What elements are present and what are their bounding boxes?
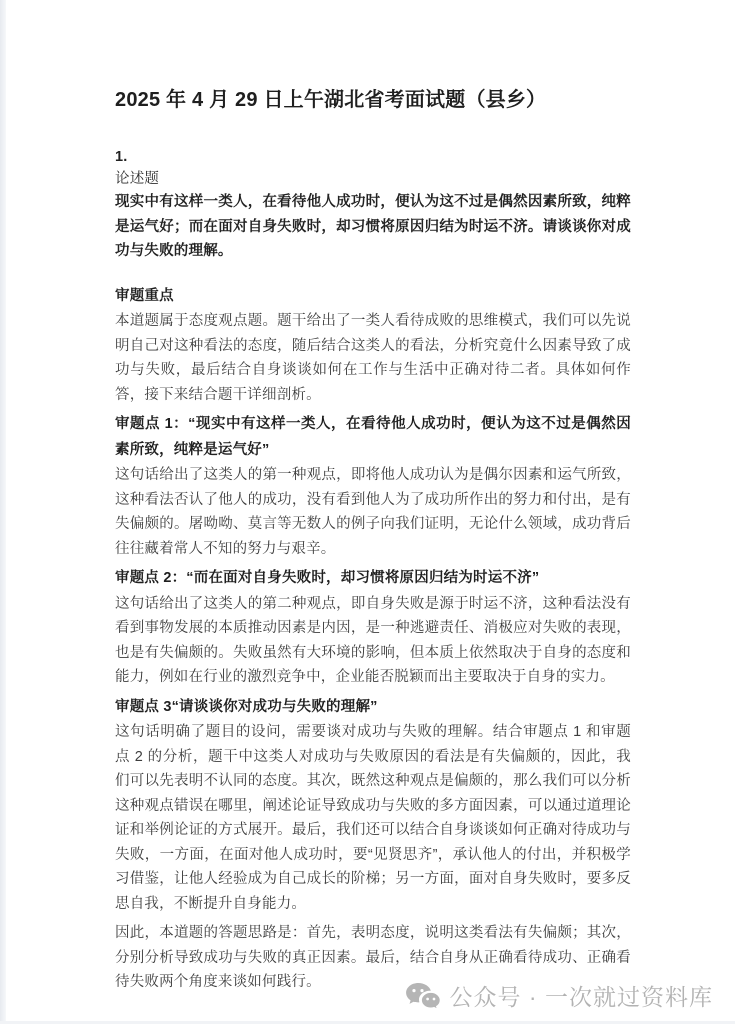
question-text: 现实中有这样一类人，在看待他人成功时，便认为这不过是偶然因素所致，纯粹是运气好；…	[115, 190, 631, 264]
section-body-point-2: 这句话给出了这类人的第二种观点，即自身失败是源于时运不济，这种看法没有看到事物发…	[115, 592, 631, 690]
wechat-icon	[405, 982, 441, 1012]
watermark-label: 公众号 · 一次就过资料库	[450, 983, 713, 1011]
section-body-review-focus: 本道题属于态度观点题。题干给出了一类人看待成败的思维模式，我们可以先说明自己对这…	[115, 309, 631, 407]
question-number: 1.	[115, 146, 631, 168]
section-heading-point-3: 审题点 3“请谈谈你对成功与失败的理解”	[115, 695, 631, 721]
watermark-footer: 公众号 · 一次就过资料库	[405, 982, 713, 1012]
document-page: 2025 年 4 月 29 日上午湖北省考面试题（县乡） 1. 论述题 现实中有…	[0, 0, 735, 1024]
section-body-point-3: 这句话明确了题目的设问，需要谈对成功与失败的理解。结合审题点 1 和审题点 2 …	[115, 720, 631, 916]
document-title: 2025 年 4 月 29 日上午湖北省考面试题（县乡）	[115, 86, 631, 114]
section-heading-point-1: 审题点 1：“现实中有这样一类人，在看待他人成功时，便认为这不过是偶然因素所致，…	[115, 412, 631, 463]
document-content: 2025 年 4 月 29 日上午湖北省考面试题（县乡） 1. 论述题 现实中有…	[115, 86, 631, 995]
section-heading-point-2: 审题点 2：“而在面对自身失败时，却习惯将原因归结为时运不济”	[115, 566, 631, 592]
section-body-point-1: 这句话给出了这类人的第一种观点，即将他人成功认为是偶尔因素和运气所致，这种看法否…	[115, 463, 631, 561]
section-heading-review-focus: 审题重点	[115, 284, 631, 310]
page-left-edge-shadow	[0, 0, 6, 1024]
question-type: 论述题	[115, 168, 631, 190]
